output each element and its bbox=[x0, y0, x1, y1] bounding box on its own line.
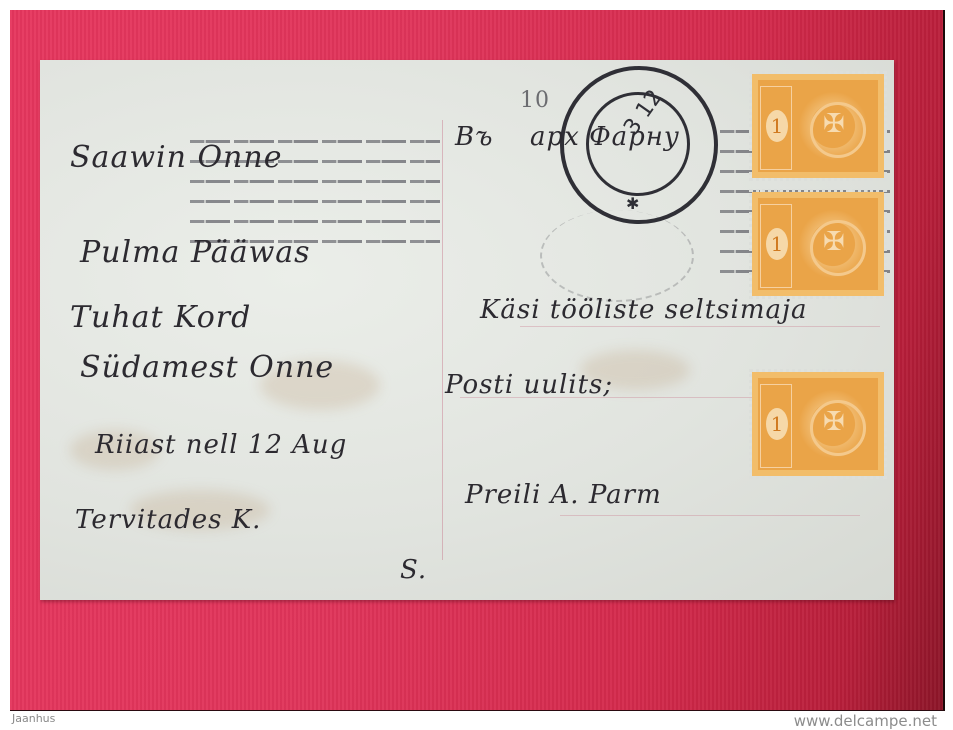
faint-postmark bbox=[540, 210, 694, 302]
site-watermark: www.delcampe.net bbox=[794, 712, 937, 730]
message-line: Pulma Pääwas bbox=[80, 235, 311, 270]
message-line: S. bbox=[400, 555, 427, 585]
stamp-denomination: 1 bbox=[766, 110, 788, 142]
author-credit: Jaanhus bbox=[12, 712, 55, 725]
eagle-icon bbox=[810, 220, 866, 276]
address-line-3: Posti uulits; bbox=[445, 370, 613, 400]
stamp-denomination: 1 bbox=[766, 408, 788, 440]
postage-stamp: 1 bbox=[752, 372, 884, 476]
card-divider bbox=[442, 120, 443, 560]
eagle-icon bbox=[810, 102, 866, 158]
eagle-icon bbox=[810, 400, 866, 456]
address-line bbox=[560, 515, 860, 516]
message-line: Riiast nell 12 Aug bbox=[95, 430, 347, 460]
message-line: Tervitades K. bbox=[75, 505, 261, 535]
address-line-4: Preili A. Parm bbox=[465, 480, 662, 510]
message-line: Südamest Onne bbox=[80, 350, 334, 385]
postcard: Saawin Onne Pulma Pääwas Tuhat Kord Süda… bbox=[40, 60, 894, 600]
address-prefix: Въ bbox=[455, 122, 493, 152]
address-line bbox=[520, 326, 880, 327]
address-line-2: Käsi tööliste seltsimaja bbox=[480, 295, 808, 325]
postcard-photo: Saawin Onne Pulma Pääwas Tuhat Kord Süda… bbox=[10, 10, 945, 711]
postage-stamp: 1 bbox=[752, 74, 884, 178]
message-line: Saawin Onne bbox=[70, 140, 282, 175]
stamp-denomination: 1 bbox=[766, 228, 788, 260]
pencil-mark: 10 bbox=[520, 88, 550, 113]
address-line-1: арх Фарну bbox=[530, 122, 680, 152]
message-line: Tuhat Kord bbox=[70, 300, 251, 335]
postage-stamp: 1 bbox=[752, 192, 884, 296]
